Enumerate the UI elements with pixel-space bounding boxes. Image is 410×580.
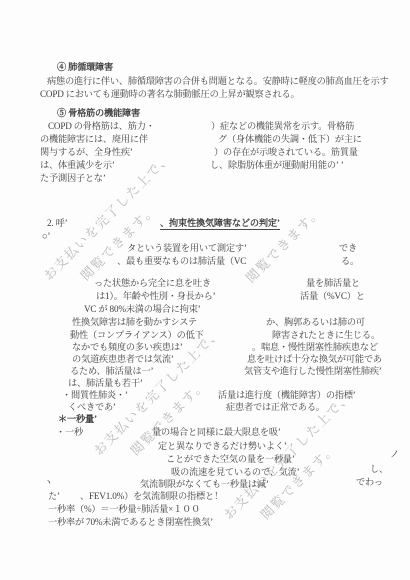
text-line: たʼ	[48, 491, 60, 501]
text-line: 量を肺活量と	[306, 278, 360, 288]
text-line: 活量（%VC）と	[300, 291, 365, 301]
text-line: 症患者では正常である。	[226, 402, 325, 412]
text-line: 障害されたときに生じる。	[272, 330, 380, 340]
text-line: 関与するが、全身性疾ʼ	[40, 147, 133, 157]
text-line: 動性（コンプライアンス）の低下	[70, 330, 204, 340]
text-line: ）症などの機能異常を示す。骨格筋	[211, 121, 354, 131]
text-line: 性換気障害は肺を動かすシステ	[72, 317, 197, 327]
text-line: た予測因子となʼ	[40, 173, 106, 183]
text-line: る。	[341, 256, 359, 266]
document-page: お支払いを完了した上で、閲覧できます。閲覧できます。お支払いを完了した上で、閲覧…	[0, 0, 410, 580]
text-line: し、	[370, 464, 388, 474]
text-line: の機能障害には、廃用に伴	[40, 134, 148, 144]
text-line: 、拘束性換気障害などの判定ʼ	[160, 218, 280, 230]
text-line: ）の存在が示唆されている。筋質量	[214, 147, 358, 157]
text-line: った状態から完全に息を吐き	[94, 278, 211, 288]
text-line: 、最も重要なものは肺活量（VC	[117, 256, 246, 266]
text-line: タという装置を用いて測定すʼ	[127, 243, 247, 253]
text-line: ・間質性肺炎・ʼ	[62, 390, 128, 400]
text-line: 息を吐けば十分な換気が可能であ	[247, 354, 382, 364]
text-line: COPD においても運動時の著名な肺動脈圧の上昇が観察される。	[40, 89, 299, 99]
text-line: の気道疾患患者では気流ʼ	[72, 354, 174, 364]
text-line: ○ʼ	[42, 231, 50, 241]
text-line: 活量は進行度（機能障害）の指標ʼ	[218, 390, 356, 400]
text-line: ・一秒	[56, 427, 83, 437]
watermark-line: 閲覧できます。	[239, 200, 328, 289]
text-line: ＊一秒量ʼ	[58, 414, 97, 424]
text-line: なかでも頻度の多い疾患はʼ	[72, 342, 183, 352]
text-line: は、肺活量も若干ʼ	[68, 378, 143, 388]
text-line: VC が 80%未満の場合に拘束ʼ	[84, 304, 201, 314]
text-line: か、胸郭あるいは肺の可	[266, 317, 365, 327]
text-line: 2. 呼ʼ	[47, 218, 67, 228]
text-line: でわっ	[356, 477, 383, 487]
text-line: 一秒率（%）＝一秒量÷肺活量×１００	[48, 504, 200, 514]
text-line: ④ 肺循環障害	[57, 62, 113, 72]
text-line: 量の場合と同様に最大限息を吸ʼ	[152, 427, 281, 437]
text-line: 。喘息・慢性閉塞性肺疾患など	[252, 342, 378, 352]
text-line: 気管支や進行した慢性閉塞性肺疾ʼ	[244, 366, 382, 376]
text-line: 吸の流速を見ているので、気流ʼ	[171, 467, 300, 477]
text-line: は1）。年齢や性別・身長からʼ	[96, 291, 216, 301]
text-line: し、除脂肪体重が運動耐用能のʼ ʼ	[210, 160, 344, 170]
text-line: るため、肺活量は一ʼ	[70, 366, 153, 376]
text-line: ヽ	[44, 477, 53, 487]
text-line: 定と異なりできるだけ勢いよくʼ	[158, 441, 287, 451]
paywall-watermark: 閲覧できます。	[239, 200, 328, 289]
text-line: は、体重減少を示ʼ	[40, 160, 115, 170]
text-line: グ（身体機能の失調・低下）が主に	[218, 134, 362, 144]
text-line: でき	[339, 243, 357, 253]
text-line: くべきであʼ	[68, 402, 116, 412]
text-line: 一秒率が 70%未満であるとき閉塞性換気ʼ	[48, 517, 213, 527]
text-line: ⑤ 骨格筋の機能障害	[57, 108, 140, 118]
text-line: ノ	[390, 449, 399, 459]
text-line: 気流制限がなくても一秒量は減ʼ	[140, 479, 269, 489]
text-line: ことができた空気の量を一秒量ʼ	[166, 454, 295, 464]
text-line: COPD の骨格筋は、筋力・	[48, 121, 155, 131]
text-line: 、FEV1.0%）を気流制限の指標と！	[80, 491, 223, 501]
text-line: 病態の進行に伴い、肺循環障害の合併も問題となる。安静時に軽度の肺高血圧を示す	[47, 76, 389, 86]
